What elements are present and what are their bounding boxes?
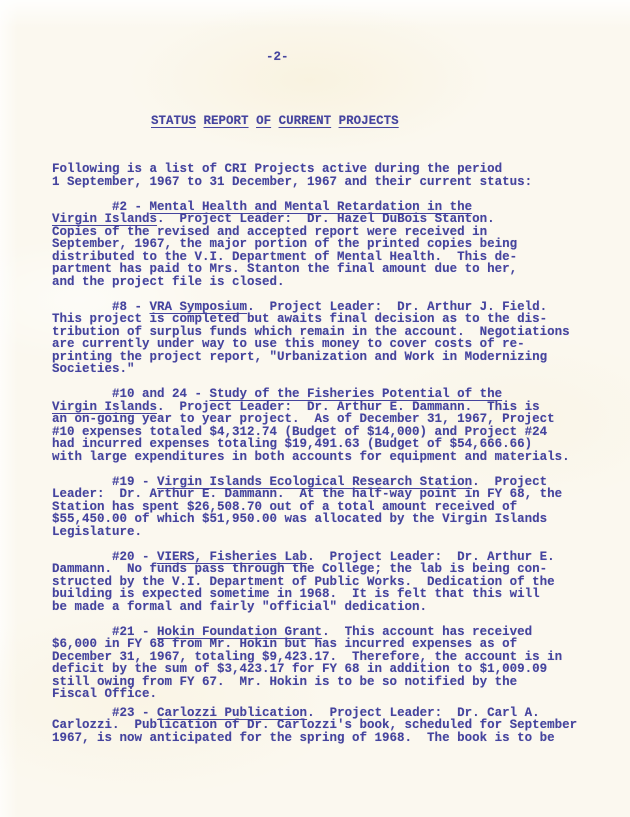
paragraph-project-2: #2 - Mental Health and Mental Retardatio… [52, 201, 577, 289]
paragraph-intro: Following is a list of CRI Projects acti… [52, 163, 577, 188]
text-line: Legislature. [52, 526, 577, 539]
paragraph-project-19: #19 - Virgin Islands Ecological Research… [52, 476, 577, 539]
text-segment: Societies." [52, 362, 135, 376]
paragraph-project-8: #8 - VRA Symposium. Project Leader: Dr. … [52, 301, 577, 376]
page-number: -2- [266, 51, 289, 64]
paragraph-project-21: #21 - Hokin Foundation Grant. This accou… [52, 626, 577, 701]
title-word: OF [256, 114, 271, 128]
text-line: Fiscal Office. [52, 688, 577, 701]
paragraph-project-23: #23 - Carlozzi Publication. Project Lead… [52, 707, 577, 745]
text-segment: 1967, is now anticipated for the spring … [52, 731, 555, 745]
text-segment: and the project file is closed. [52, 275, 285, 289]
text-line: 1 September, 1967 to 31 December, 1967 a… [52, 176, 577, 189]
title-word: PROJECTS [339, 114, 399, 128]
text-line: be made a formal and fairly "official" d… [52, 601, 577, 614]
text-segment: 1 September, 1967 to 31 December, 1967 a… [52, 175, 532, 189]
paragraph-project-10-24: #10 and 24 - Study of the Fisheries Pote… [52, 388, 577, 463]
document-page: -2- STATUS REPORT OF CURRENT PROJECTS Fo… [0, 0, 630, 817]
text-line: Societies." [52, 363, 577, 376]
text-segment: Fiscal Office. [52, 687, 157, 701]
document-body: Following is a list of CRI Projects acti… [52, 163, 577, 744]
title-word: REPORT [204, 114, 249, 128]
text-segment: with large expenditures in both accounts… [52, 450, 570, 464]
title-word: STATUS [151, 114, 196, 128]
text-line: with large expenditures in both accounts… [52, 451, 577, 464]
paragraph-project-20: #20 - VIERS, Fisheries Lab. Project Lead… [52, 551, 577, 614]
text-line: and the project file is closed. [52, 276, 577, 289]
title-word: CURRENT [279, 114, 332, 128]
text-segment: be made a formal and fairly "official" d… [52, 600, 427, 614]
text-line: 1967, is now anticipated for the spring … [52, 732, 577, 745]
page-title: STATUS REPORT OF CURRENT PROJECTS [151, 115, 399, 128]
text-segment: Legislature. [52, 525, 142, 539]
